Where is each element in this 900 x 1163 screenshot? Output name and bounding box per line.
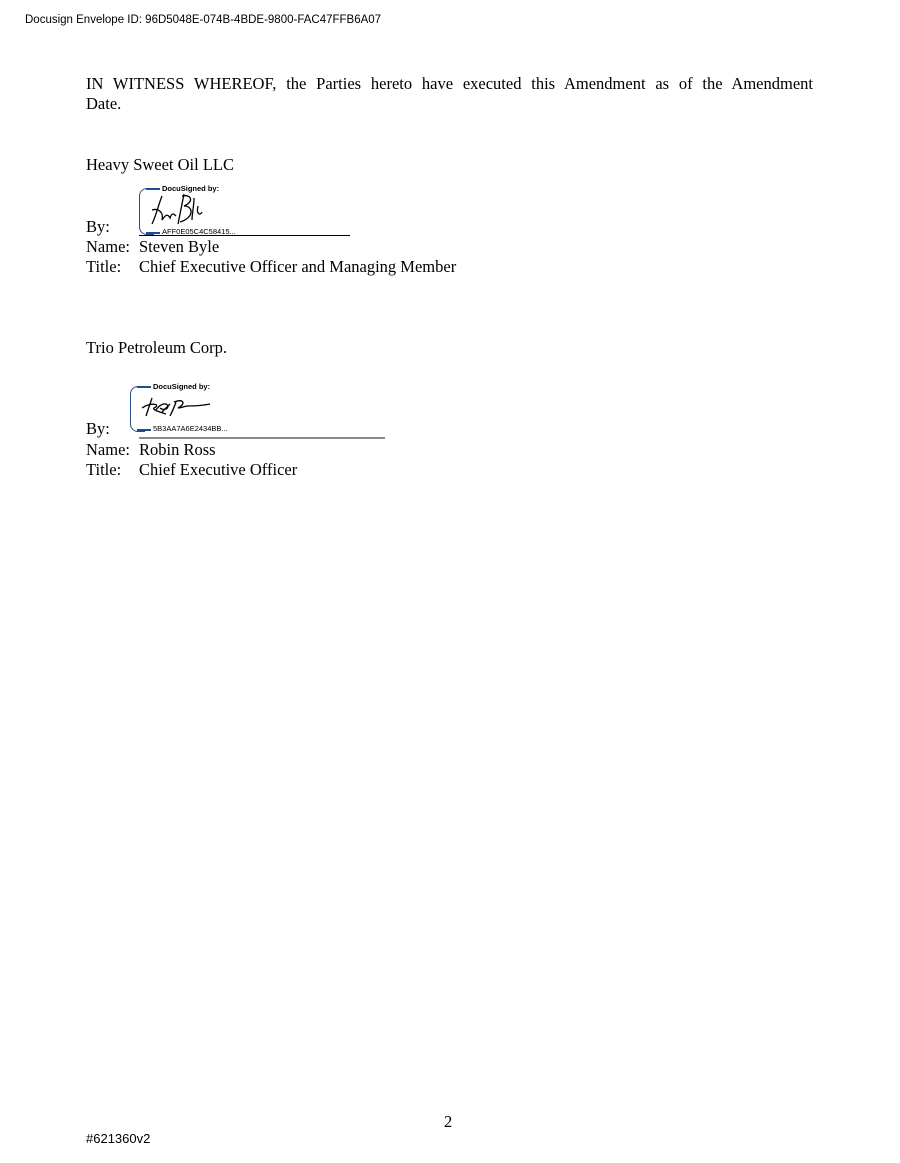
docusign-top-rule [137,386,151,388]
witness-paragraph: IN WITNESS WHEREOF, the Parties hereto h… [86,74,813,114]
docusign-bottom-rule [146,232,160,234]
signature-robin-ross-icon [140,394,214,420]
signature-steven-byle-icon [148,192,208,228]
signature-hash: 5B3AA7A6E2434BB... [153,424,228,433]
title-label: Title: [86,257,139,277]
signer-name: Robin Ross [139,440,216,459]
witness-line-1: IN WITNESS WHEREOF, the Parties hereto h… [86,74,813,94]
signature-line [139,437,385,439]
docusign-bottom-rule [137,429,151,431]
name-row: Name:Steven Byle [86,237,219,257]
title-row: Title:Chief Executive Officer [86,460,297,480]
by-label: By: [86,217,110,237]
title-row: Title:Chief Executive Officer and Managi… [86,257,456,277]
name-row: Name:Robin Ross [86,440,216,460]
docusign-top-rule [146,188,160,190]
docusigned-by-label: DocuSigned by: [153,382,210,391]
company-name: Heavy Sweet Oil LLC [86,155,234,175]
company-name: Trio Petroleum Corp. [86,338,227,358]
signer-title: Chief Executive Officer and Managing Mem… [139,257,456,276]
witness-line-2: Date. [86,94,121,113]
document-id: #621360v2 [86,1131,150,1146]
signer-name: Steven Byle [139,237,219,256]
signature-line [139,235,350,236]
signer-title: Chief Executive Officer [139,460,297,479]
name-label: Name: [86,237,139,257]
by-label: By: [86,419,110,439]
page-number: 2 [444,1112,452,1132]
name-label: Name: [86,440,139,460]
envelope-id: Docusign Envelope ID: 96D5048E-074B-4BDE… [25,14,381,26]
title-label: Title: [86,460,139,480]
